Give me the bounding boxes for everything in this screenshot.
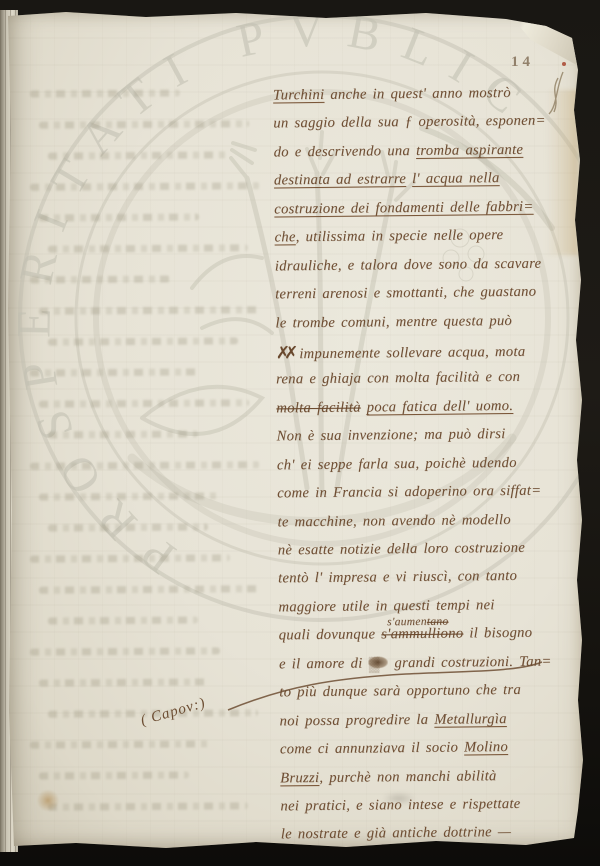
bleed-line [39,399,249,407]
stain [36,790,60,811]
manuscript-line: Bruzzi, purchè non manchi abilità [280,767,553,798]
bleed-line [30,276,170,284]
bleed-line [39,585,259,594]
bleed-line [48,802,248,810]
manuscript-line: rena e ghiaja con molta facilità e con [276,369,549,400]
bleed-line [30,89,180,97]
bleed-line [48,151,228,159]
manuscript-line: destinata ad estrarre l' acqua nella [274,170,547,201]
capov-note: ( Capov:) [139,695,208,730]
manuscript-line: noi possa progredire la Metallurgìa [280,710,553,741]
manuscript-line: un saggio della sua ƒ operosità, esponen… [273,113,546,144]
bleed-line [39,213,199,221]
manuscript-line: idrauliche, e talora dove sono da scavar… [275,255,548,286]
manuscript-line: che, utilissima in specie nelle opere [274,227,547,258]
manuscript-line: molta facilità poca fatica dell' uomo. [276,397,549,428]
manuscript-line: le nostrate e già antiche dottrine — [281,824,554,855]
manuscript-line: nei pratici, e siano intese e rispettate [280,795,553,826]
bleed-line [30,461,260,470]
manuscript-line: e il amore di ▓ grandi costruzioni. Tan= [279,653,552,684]
right-edge-discoloration [546,90,578,255]
manuscript-line: ✗✗impunemente sollevare acqua, mota [276,341,549,372]
manuscript-line: Non è sua invenzione; ma può dirsi [277,426,550,457]
bleed-line [39,678,209,686]
manuscript-line: terreni arenosi e smottanti, che guastan… [275,284,548,315]
bleed-line [48,616,198,624]
bleed-line [30,647,220,655]
bleed-line [30,182,260,191]
manuscript-line: nè esatte notizie della loro costruzione [278,540,551,571]
manuscript-line: come ci annunziava il socio Molino [280,739,553,770]
manuscript-scan: PROSPERITATI PVBLIC [0,0,600,866]
manuscript-line: te macchine, non avendo nè modello [277,511,550,542]
red-dot-mark [562,62,566,66]
bleed-line [30,368,200,376]
manuscript-line: quali dovunque s'aumentanos'ammulliono i… [279,625,552,656]
bleed-line [48,523,208,531]
bleed-line [39,492,219,500]
bleed-line [30,554,230,562]
manuscript-line: le trombe comuni, mentre questa può [275,312,548,343]
manuscript-text: Turchini anche in quest' anno mostròun s… [273,85,554,856]
bleed-line [48,337,238,345]
manuscript-line: come in Francia si adoperino ora siffat= [277,483,550,514]
bleed-line [48,430,198,438]
bleed-line [39,306,259,315]
paper-page: PROSPERITATI PVBLIC [6,10,583,850]
bleed-line [48,244,248,252]
manuscript-line: to più dunque sarà opportuno che tra [279,682,552,713]
page-number: 14 [511,54,534,71]
manuscript-line: tentò l' impresa e vi riuscì, con tanto [278,568,551,599]
manuscript-line: costruzione dei fondamenti delle fabbri= [274,198,547,229]
manuscript-line: Turchini anche in quest' anno mostrò [273,85,546,116]
bleed-line [39,771,189,779]
manuscript-line: ch' ei seppe farla sua, poichè udendo [277,454,550,485]
bleed-line [30,740,210,748]
manuscript-line: do e descrivendo una tromba aspirante [274,141,547,172]
bleed-line [39,120,249,128]
